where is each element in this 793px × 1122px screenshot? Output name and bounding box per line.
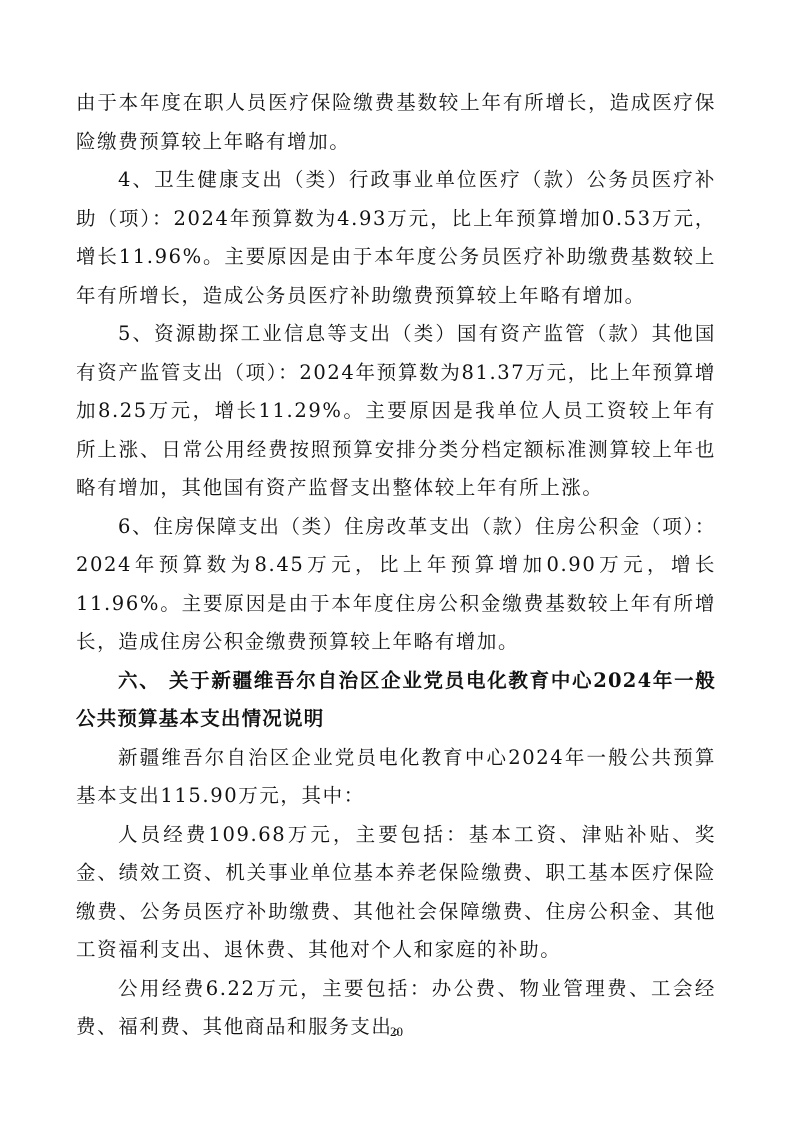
document-page: 由于本年度在职人员医疗保险缴费基数较上年有所增长，造成医疗保险缴费预算较上年略有… [76, 84, 716, 1047]
paragraph-continuation: 由于本年度在职人员医疗保险缴费基数较上年有所增长，造成医疗保险缴费预算较上年略有… [76, 84, 716, 161]
paragraph-personnel-expenses: 人员经费109.68万元，主要包括：基本工资、津贴补贴、奖金、绩效工资、机关事业… [76, 816, 716, 970]
paragraph-item-4: 4、卫生健康支出（类）行政事业单位医疗（款）公务员医疗补助（项）：2024年预算… [76, 161, 716, 315]
paragraph-basic-expenditure-total: 新疆维吾尔自治区企业党员电化教育中心2024年一般公共预算基本支出115.90万… [76, 739, 716, 816]
paragraph-item-5: 5、资源勘探工业信息等支出（类）国有资产监管（款）其他国有资产监管支出（项）：2… [76, 315, 716, 508]
page-number: 20 [0, 1024, 793, 1040]
section-heading: 六、 关于新疆维吾尔自治区企业党员电化教育中心2024年一般公共预算基本支出情况… [76, 662, 716, 739]
paragraph-item-6: 6、住房保障支出（类）住房改革支出（款）住房公积金（项）：2024年预算数为8.… [76, 508, 716, 662]
